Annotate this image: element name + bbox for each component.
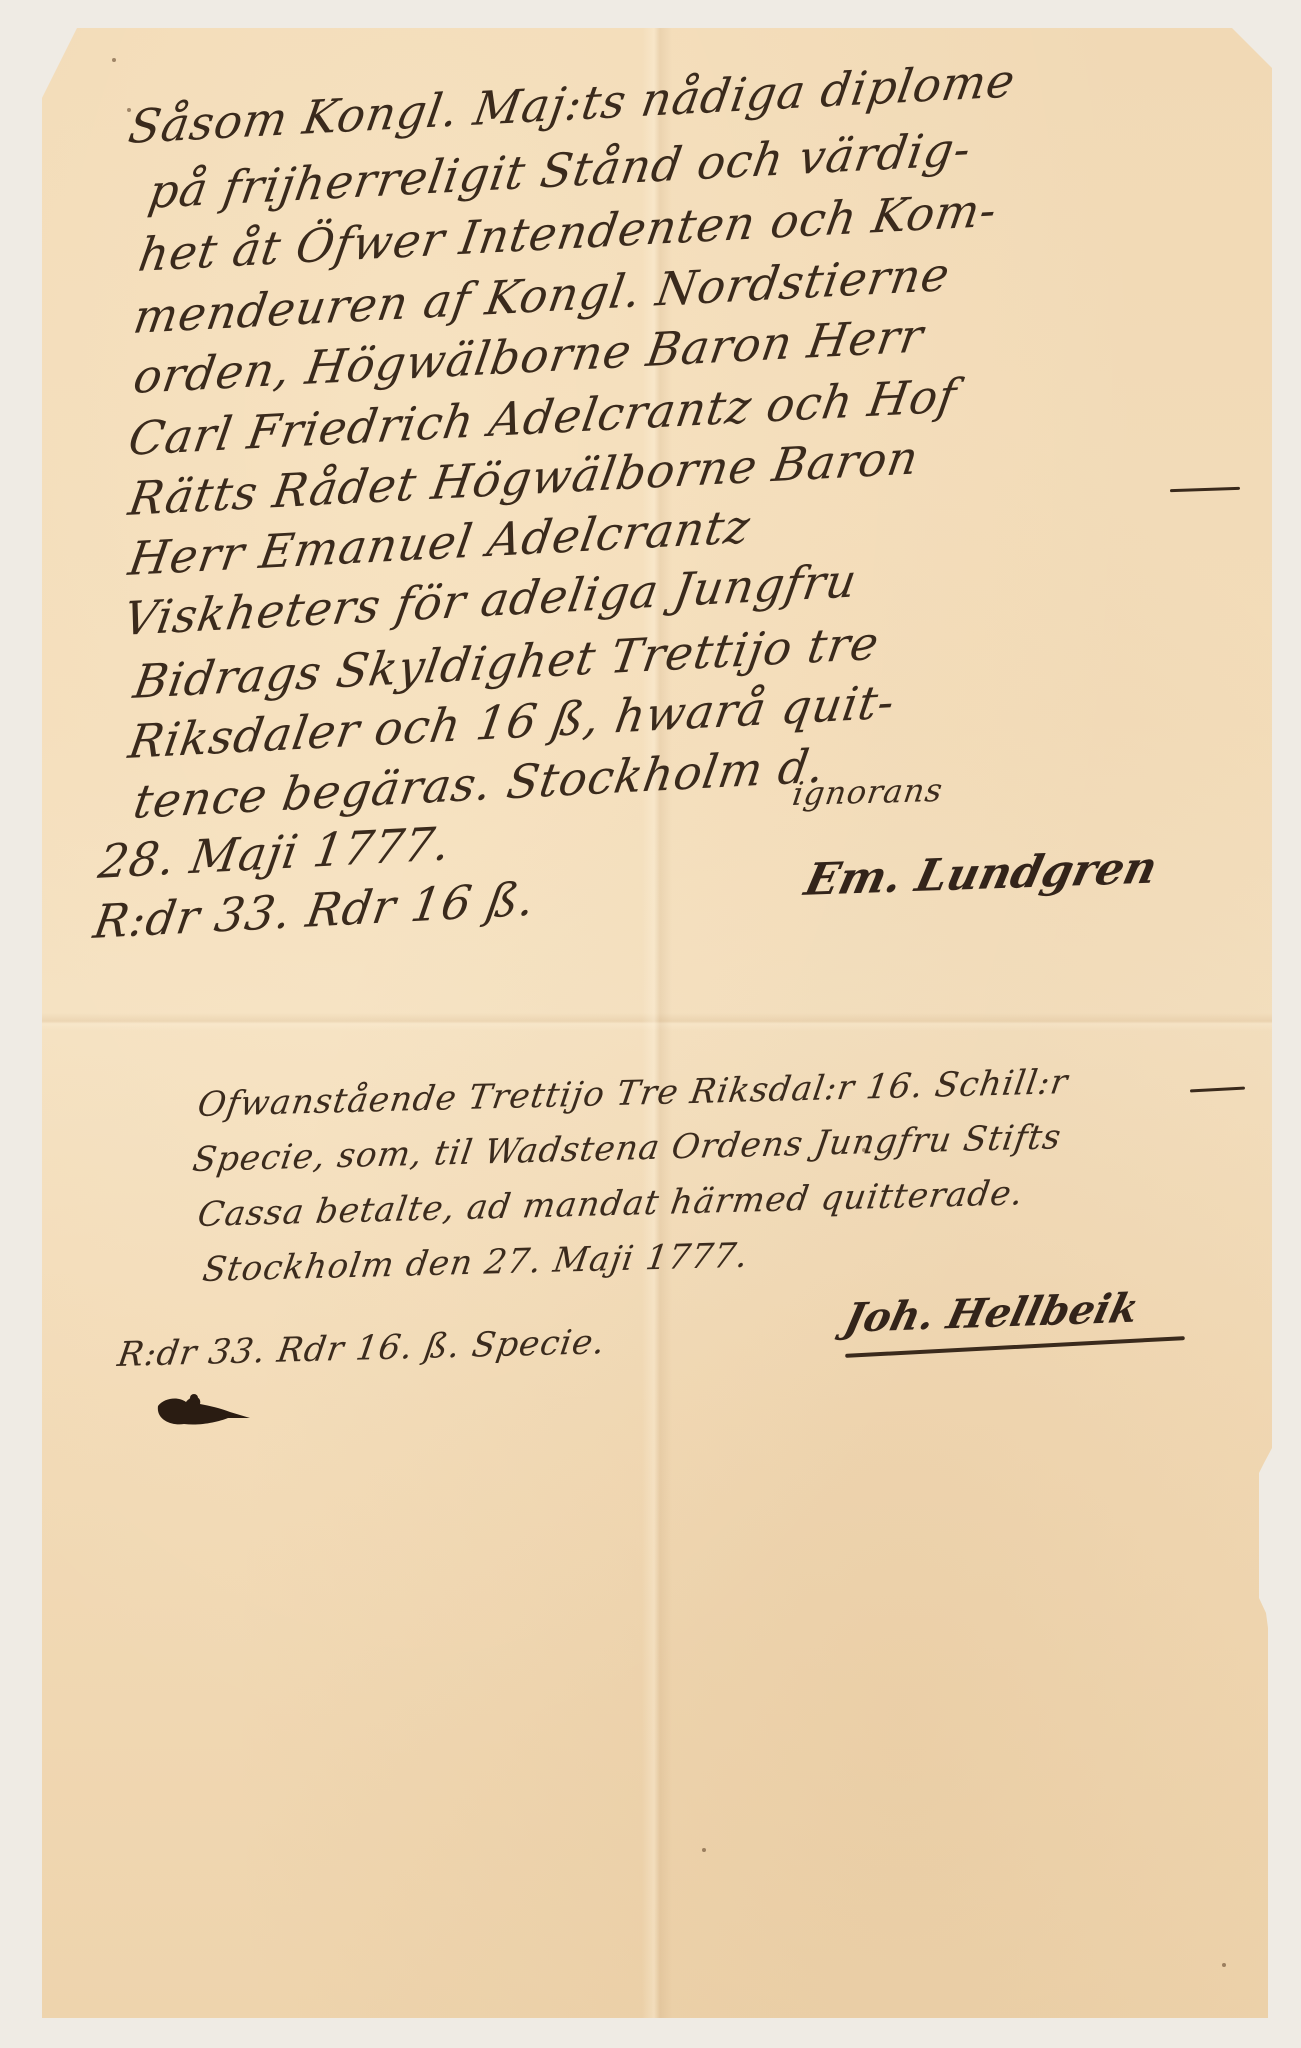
paper-speck <box>127 108 131 112</box>
document-scan: Såsom Kongl. Maj:ts nådiga diplome på fr… <box>0 0 1301 2048</box>
paper-speck <box>112 58 116 62</box>
paper-speck <box>1222 1963 1226 1967</box>
signature-prefix: ignorans <box>790 771 946 813</box>
ink-blot <box>150 1392 250 1432</box>
paper-speck <box>702 1848 706 1852</box>
